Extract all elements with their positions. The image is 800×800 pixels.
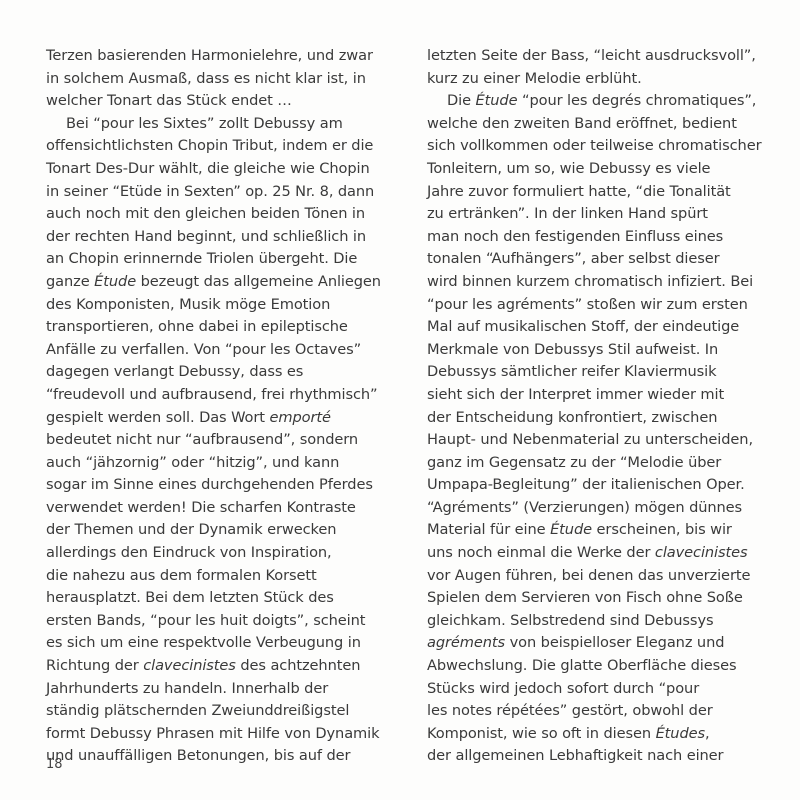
text-line: Debussys sämtlicher reifer Klaviermusik — [427, 361, 777, 384]
text-line: wird binnen kurzem chromatisch infiziert… — [427, 271, 777, 294]
text-line: Bei “pour les Sixtes” zollt Debussy am — [46, 113, 396, 136]
text-line: auch noch mit den gleichen beiden Tönen … — [46, 203, 396, 226]
text-line: sogar im Sinne eines durchgehenden Pferd… — [46, 474, 396, 497]
text-line: offensichtlichsten Chopin Tribut, indem … — [46, 135, 396, 158]
text-line: Jahre zuvor formuliert hatte, “die Tonal… — [427, 181, 777, 204]
text-line: tonalen “Aufhängers”, aber selbst dieser — [427, 248, 777, 271]
text-segment: ganze — [46, 273, 94, 290]
text-segment: uns noch einmal die Werke der — [427, 544, 655, 561]
text-segment: von beispielloser Eleganz und — [505, 634, 724, 651]
text-line: allerdings den Eindruck von Inspiration, — [46, 542, 396, 565]
text-segment: Komponist, wie so oft in diesen — [427, 725, 656, 742]
text-line: uns noch einmal die Werke der clavecinis… — [427, 542, 777, 565]
text-line: Die Étude “pour les degrés chromatiques”… — [427, 90, 777, 113]
text-segment: Richtung der — [46, 657, 143, 674]
text-line: ständig plätschernden Zweiunddreißigstel — [46, 700, 396, 723]
text-segment: Die — [447, 92, 476, 109]
text-line: des Komponisten, Musik möge Emotion — [46, 294, 396, 317]
text-line: vor Augen führen, bei denen das unverzie… — [427, 565, 777, 588]
text-segment: Material für eine — [427, 521, 550, 538]
text-line: les notes répétées” gestört, obwohl der — [427, 700, 777, 723]
text-line: sieht sich der Interpret immer wieder mi… — [427, 384, 777, 407]
text-line: Komponist, wie so oft in diesen Études, — [427, 723, 777, 746]
text-line: Stücks wird jedoch sofort durch “pour — [427, 678, 777, 701]
italic-term: agréments — [427, 634, 505, 651]
text-line: Spielen dem Servieren von Fisch ohne Soß… — [427, 587, 777, 610]
right-column: letzten Seite der Bass, “leicht ausdruck… — [427, 45, 777, 768]
text-segment: des achtzehnten — [236, 657, 361, 674]
text-segment: bezeugt das allgemeine Anliegen — [136, 273, 381, 290]
text-line: Umpapa-Begleitung” der italienischen Ope… — [427, 474, 777, 497]
text-line: Merkmale von Debussys Stil aufweist. In — [427, 339, 777, 362]
text-line: der Themen und der Dynamik erwecken — [46, 519, 396, 542]
text-line: bedeutet nicht nur “aufbrausend”, sonder… — [46, 429, 396, 452]
text-line: gespielt werden soll. Das Wort emporté — [46, 407, 396, 430]
italic-term: emporté — [269, 409, 330, 426]
text-line: Material für eine Étude erscheinen, bis … — [427, 519, 777, 542]
text-line: der Entscheidung konfrontiert, zwischen — [427, 407, 777, 430]
text-line: ganze Étude bezeugt das allgemeine Anlie… — [46, 271, 396, 294]
text-line: welche den zweiten Band eröffnet, bedien… — [427, 113, 777, 136]
text-line: auch “jähzornig” oder “hitzig”, und kann — [46, 452, 396, 475]
text-line: in seiner “Etüde in Sexten” op. 25 Nr. 8… — [46, 181, 396, 204]
text-line: formt Debussy Phrasen mit Hilfe von Dyna… — [46, 723, 396, 746]
italic-term: Étude — [94, 273, 136, 290]
text-line: Abwechslung. Die glatte Oberfläche diese… — [427, 655, 777, 678]
text-line: in solchem Ausmaß, dass es nicht klar is… — [46, 68, 396, 91]
text-line: Anfälle zu verfallen. Von “pour les Octa… — [46, 339, 396, 362]
text-line: die nahezu aus dem formalen Korsett — [46, 565, 396, 588]
italic-term: Étude — [476, 92, 518, 109]
text-line: man noch den festigenden Einfluss eines — [427, 226, 777, 249]
italic-term: clavecinistes — [655, 544, 748, 561]
text-line: herausplatzt. Bei dem letzten Stück des — [46, 587, 396, 610]
text-line: ganz im Gegensatz zu der “Melodie über — [427, 452, 777, 475]
text-line: gleichkam. Selbstredend sind Debussys — [427, 610, 777, 633]
text-segment: “pour les degrés chromatiques”, — [517, 92, 756, 109]
italic-term: Études — [656, 725, 705, 742]
text-line: agréments von beispielloser Eleganz und — [427, 632, 777, 655]
text-line: der allgemeinen Lebhaftigkeit nach einer — [427, 745, 777, 768]
text-line: der rechten Hand beginnt, und schließlic… — [46, 226, 396, 249]
text-line: verwendet werden! Die scharfen Kontraste — [46, 497, 396, 520]
text-line: Mal auf musikalischen Stoff, der eindeut… — [427, 316, 777, 339]
text-line: Tonleitern, um so, wie Debussy es viele — [427, 158, 777, 181]
italic-term: Étude — [550, 521, 592, 538]
text-line: “freudevoll und aufbrausend, frei rhythm… — [46, 384, 396, 407]
text-line: es sich um eine respektvolle Verbeugung … — [46, 632, 396, 655]
text-segment: gespielt werden soll. Das Wort — [46, 409, 269, 426]
text-line: sich vollkommen oder teilweise chromatis… — [427, 135, 777, 158]
text-line: Richtung der clavecinistes des achtzehnt… — [46, 655, 396, 678]
text-segment: erscheinen, bis wir — [592, 521, 732, 538]
text-line: Tonart Des-Dur wählt, die gleiche wie Ch… — [46, 158, 396, 181]
text-line: letzten Seite der Bass, “leicht ausdruck… — [427, 45, 777, 68]
text-line: welcher Tonart das Stück endet … — [46, 90, 396, 113]
page-number: 18 — [46, 757, 63, 772]
italic-term: clavecinistes — [143, 657, 236, 674]
text-line: ersten Bands, “pour les huit doigts”, sc… — [46, 610, 396, 633]
text-line: “pour les agréments” stoßen wir zum erst… — [427, 294, 777, 317]
text-line: kurz zu einer Melodie erblüht. — [427, 68, 777, 91]
text-line: an Chopin erinnernde Triolen übergeht. D… — [46, 248, 396, 271]
text-line: “Agréments” (Verzierungen) mögen dünnes — [427, 497, 777, 520]
left-column: Terzen basierenden Harmonielehre, und zw… — [46, 45, 396, 768]
text-line: transportieren, ohne dabei in epileptisc… — [46, 316, 396, 339]
text-line: und unauffälligen Betonungen, bis auf de… — [46, 745, 396, 768]
text-line: Haupt- und Nebenmaterial zu unterscheide… — [427, 429, 777, 452]
text-line: Jahrhunderts zu handeln. Innerhalb der — [46, 678, 396, 701]
text-line: dagegen verlangt Debussy, dass es — [46, 361, 396, 384]
text-line: Terzen basierenden Harmonielehre, und zw… — [46, 45, 396, 68]
text-line: zu ertränken”. In der linken Hand spürt — [427, 203, 777, 226]
text-segment: , — [705, 725, 710, 742]
